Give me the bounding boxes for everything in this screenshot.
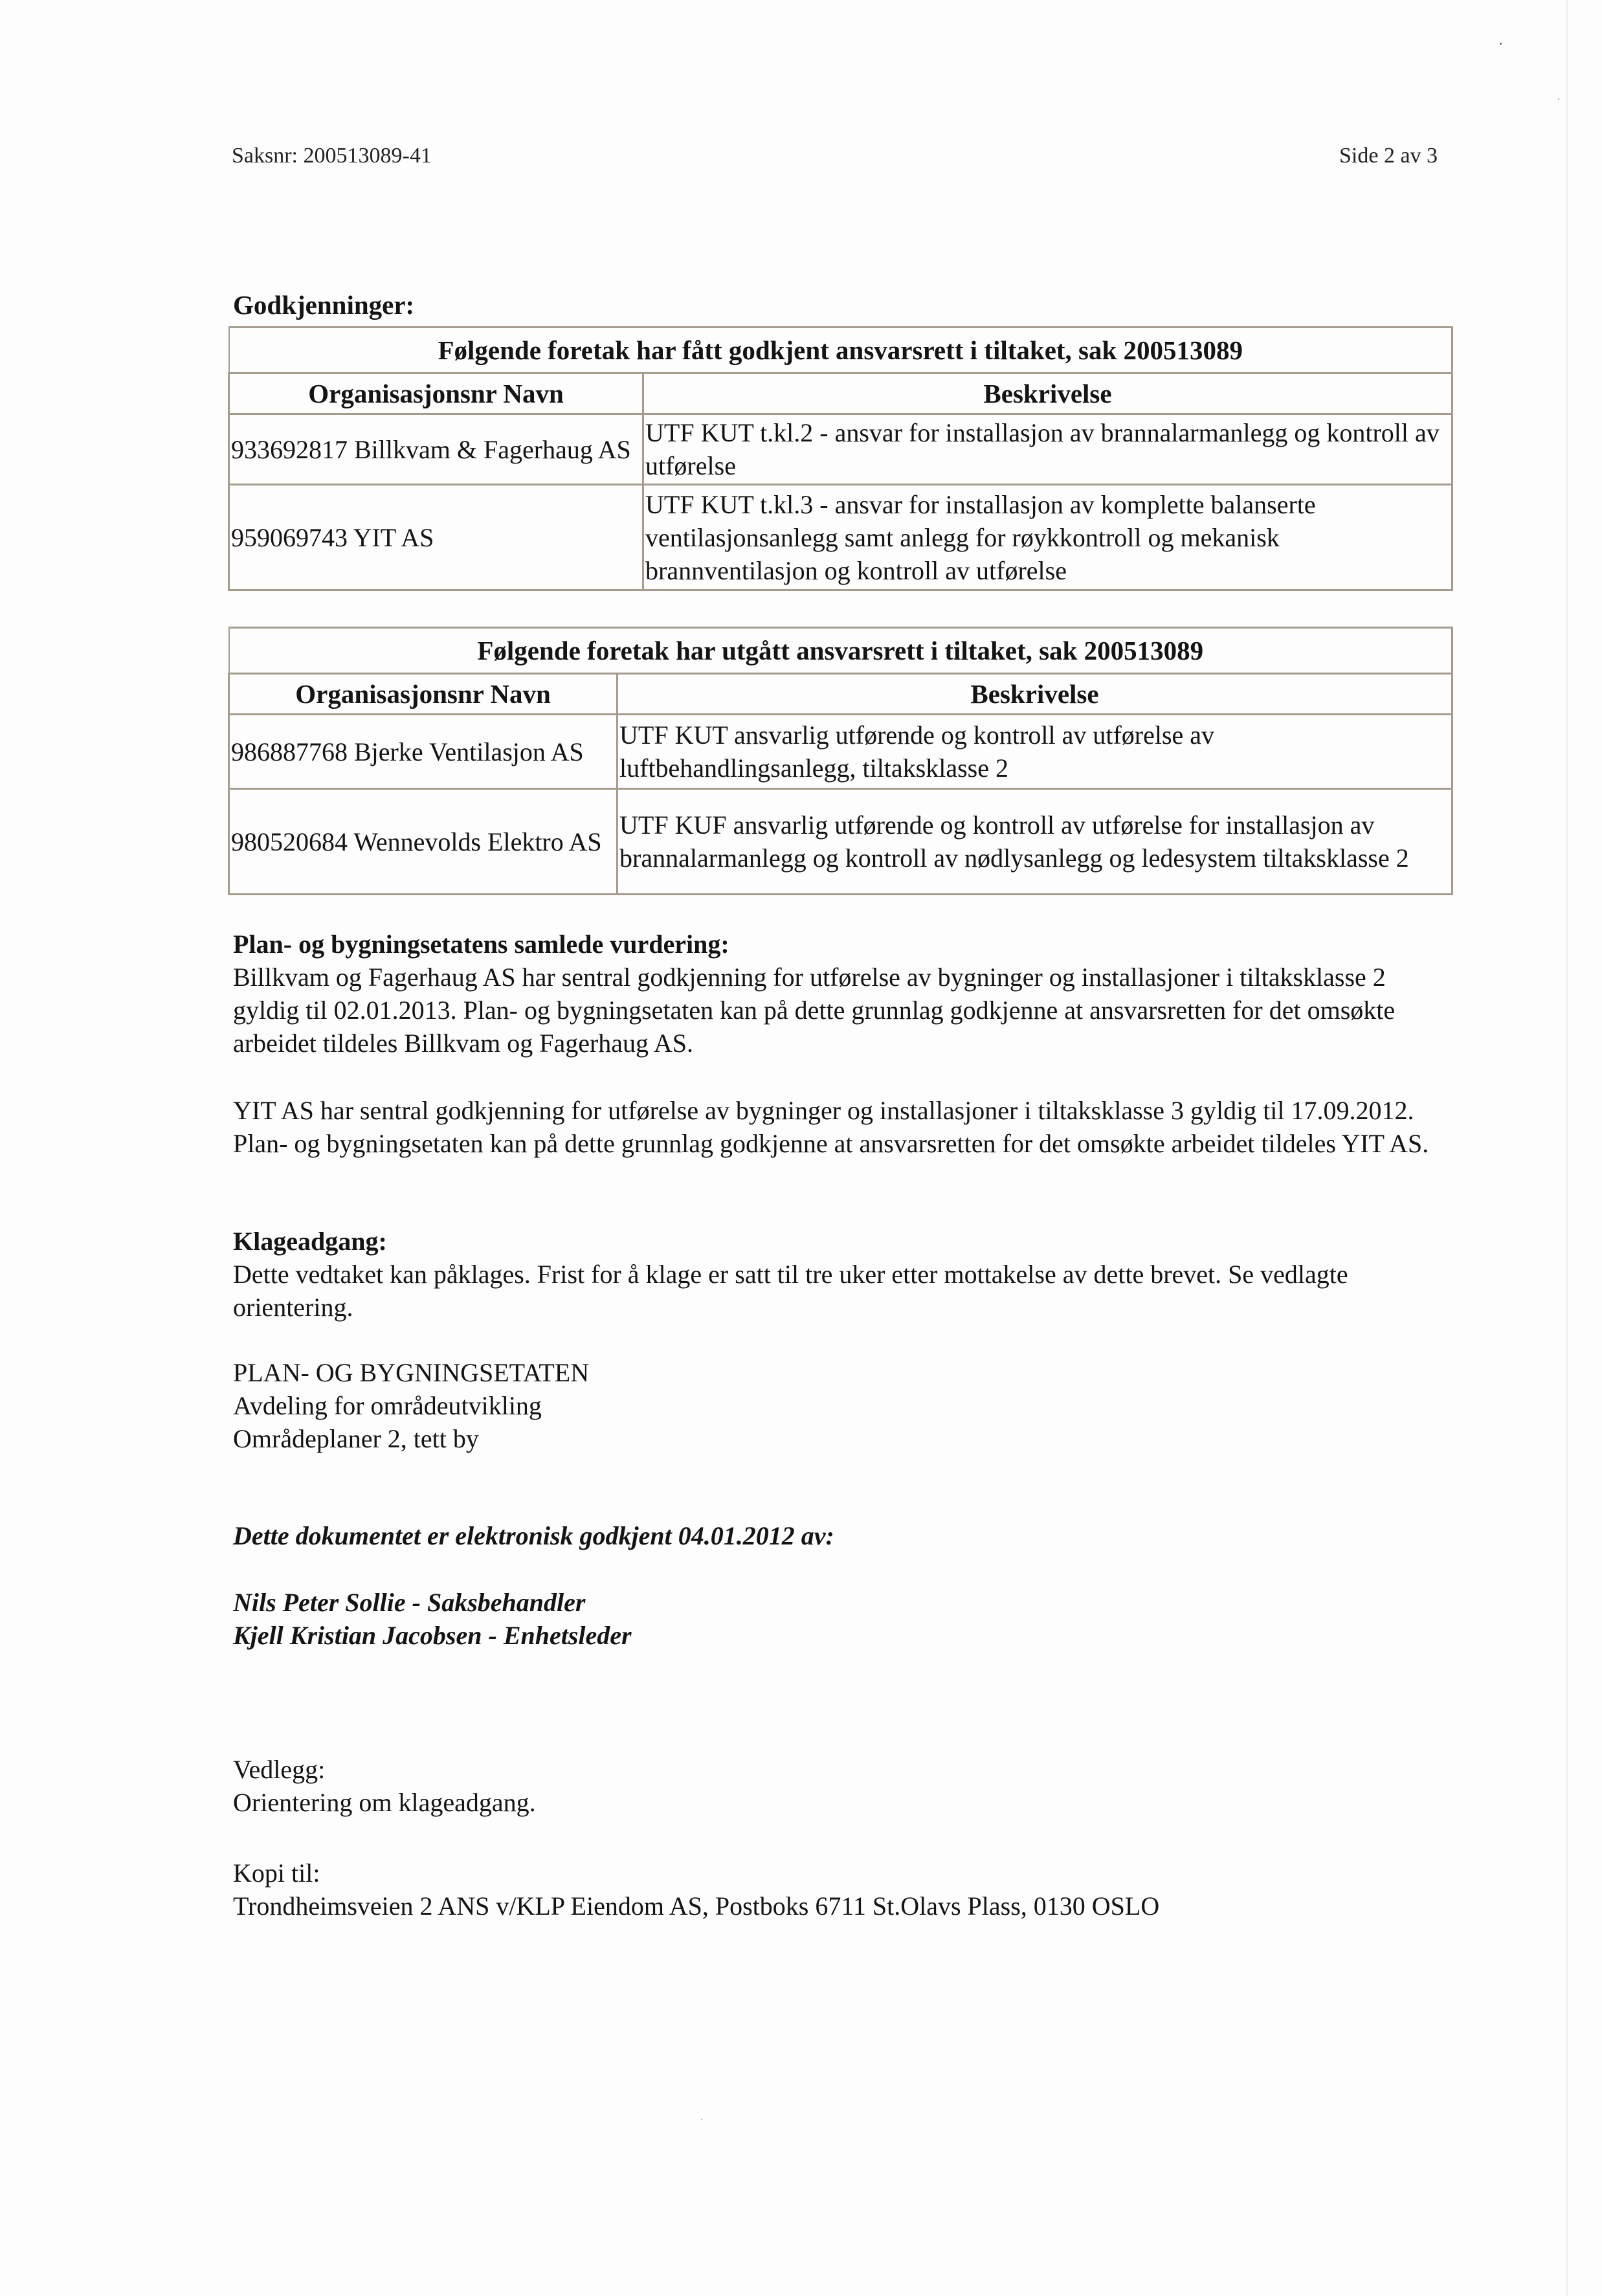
appeal-heading: Klageadgang: bbox=[233, 1225, 1450, 1258]
description-cell: UTF KUF ansvarlig utførende og kontroll … bbox=[617, 789, 1452, 895]
document-page: Saksnr: 200513089-41 Side 2 av 3 Godkjen… bbox=[0, 0, 1602, 2296]
signer: Kjell Kristian Jacobsen - Enhetsleder bbox=[233, 1619, 1450, 1652]
approval-statement: Dette dokumentet er elektronisk godkjent… bbox=[233, 1519, 1450, 1552]
attachments-section: Vedlegg: Orientering om klageadgang. bbox=[233, 1753, 1450, 1819]
signer: Nils Peter Sollie - Saksbehandler bbox=[233, 1586, 1450, 1619]
agency-signature: PLAN- OG BYGNINGSETATEN Avdeling for omr… bbox=[233, 1356, 1450, 1455]
copy-to-label: Kopi til: bbox=[233, 1856, 1450, 1889]
approvals-heading: Godkjenninger: bbox=[233, 289, 414, 320]
table-row: 959069743 YIT AS UTF KUT t.kl.3 - ansvar… bbox=[229, 485, 1452, 590]
signers-list: Nils Peter Sollie - Saksbehandler Kjell … bbox=[233, 1586, 1450, 1652]
scan-speck bbox=[701, 2119, 702, 2120]
scan-edge-line bbox=[1566, 0, 1568, 2296]
copy-recipient: Trondheimsveien 2 ANS v/KLP Eiendom AS, … bbox=[233, 1889, 1450, 1923]
unit-name: Områdeplaner 2, tett by bbox=[233, 1422, 1450, 1455]
table-caption: Følgende foretak har utgått ansvarsrett … bbox=[229, 628, 1452, 674]
org-cell: 986887768 Bjerke Ventilasjon AS bbox=[229, 715, 617, 789]
page-indicator: Side 2 av 3 bbox=[1339, 144, 1438, 168]
case-number: Saksnr: 200513089-41 bbox=[232, 144, 432, 168]
table-row: 933692817 Billkvam & Fagerhaug AS UTF KU… bbox=[229, 414, 1452, 485]
table-row: 986887768 Bjerke Ventilasjon AS UTF KUT … bbox=[229, 715, 1452, 789]
assessment-section: Plan- og bygningsetatens samlede vurderi… bbox=[233, 928, 1450, 1060]
org-cell: 959069743 YIT AS bbox=[229, 485, 643, 590]
scan-speck bbox=[1500, 43, 1502, 45]
table-caption: Følgende foretak har fått godkjent ansva… bbox=[229, 328, 1452, 373]
description-cell: UTF KUT ansvarlig utførende og kontroll … bbox=[617, 715, 1452, 789]
attachments-label: Vedlegg: bbox=[233, 1753, 1450, 1786]
agency-name: PLAN- OG BYGNINGSETATEN bbox=[233, 1356, 1450, 1389]
department-name: Avdeling for områdeutvikling bbox=[233, 1389, 1450, 1422]
assessment-heading: Plan- og bygningsetatens samlede vurderi… bbox=[233, 928, 1450, 961]
assessment-section-2: YIT AS har sentral godkjenning for utfør… bbox=[233, 1094, 1450, 1160]
copy-to-section: Kopi til: Trondheimsveien 2 ANS v/KLP Ei… bbox=[233, 1856, 1450, 1923]
granted-responsibility-table: Følgende foretak har fått godkjent ansva… bbox=[228, 326, 1453, 591]
table-row: 980520684 Wennevolds Elektro AS UTF KUF … bbox=[229, 789, 1452, 895]
description-cell: UTF KUT t.kl.3 - ansvar for installasjon… bbox=[643, 485, 1452, 590]
appeal-text: Dette vedtaket kan påklages. Frist for å… bbox=[233, 1258, 1450, 1324]
column-header-description: Beskrivelse bbox=[617, 674, 1452, 715]
description-cell: UTF KUT t.kl.2 - ansvar for installasjon… bbox=[643, 414, 1452, 485]
column-header-org: Organisasjonsnr Navn bbox=[229, 674, 617, 715]
attachment-item: Orientering om klageadgang. bbox=[233, 1786, 1450, 1819]
column-header-description: Beskrivelse bbox=[643, 373, 1452, 414]
org-cell: 980520684 Wennevolds Elektro AS bbox=[229, 789, 617, 895]
scan-speck bbox=[1558, 98, 1559, 100]
expired-responsibility-table: Følgende foretak har utgått ansvarsrett … bbox=[228, 627, 1453, 895]
org-cell: 933692817 Billkvam & Fagerhaug AS bbox=[229, 414, 643, 485]
assessment-paragraph: Billkvam og Fagerhaug AS har sentral god… bbox=[233, 961, 1450, 1060]
electronic-approval: Dette dokumentet er elektronisk godkjent… bbox=[233, 1519, 1450, 1552]
column-header-org: Organisasjonsnr Navn bbox=[229, 373, 643, 414]
assessment-paragraph: YIT AS har sentral godkjenning for utfør… bbox=[233, 1094, 1450, 1160]
appeal-section: Klageadgang: Dette vedtaket kan påklages… bbox=[233, 1225, 1450, 1324]
